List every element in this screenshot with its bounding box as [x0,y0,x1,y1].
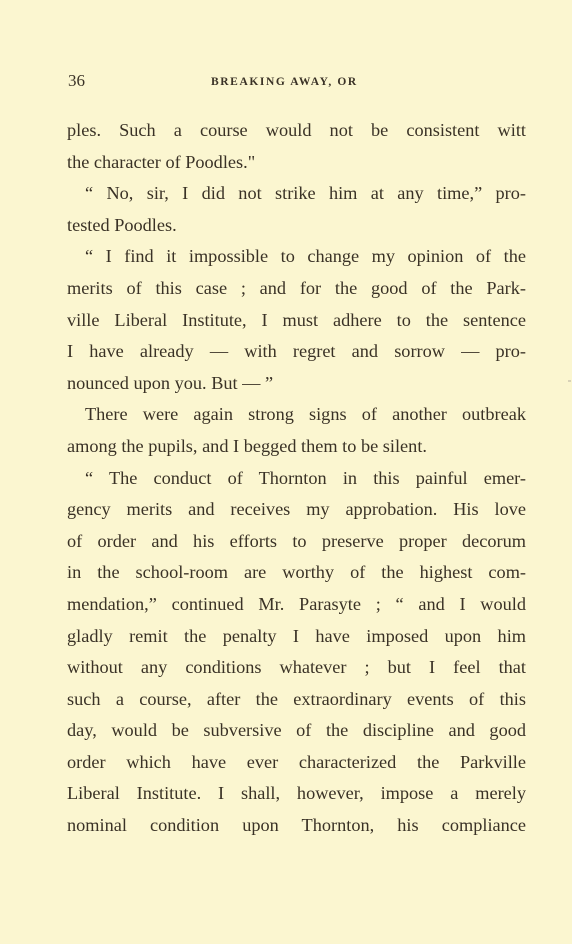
text-line: of order and his efforts to preserve pro… [67,526,526,558]
book-page: 36 BREAKING AWAY, OR ples. Such a course… [0,0,572,944]
text-line: nominal condition upon Thornton, his com… [67,810,526,842]
text-line: There were again strong signs of another… [67,399,526,431]
page-number: 36 [68,72,85,90]
running-title: BREAKING AWAY, OR [211,75,358,89]
running-head: 36 BREAKING AWAY, OR [68,72,526,92]
text-line: “ The conduct of Thornton in this painfu… [67,463,526,495]
text-line: ples. Such a course would not be consist… [67,115,526,147]
text-line: merits of this case ; and for the good o… [67,273,526,305]
text-line: the character of Poodles." [67,147,526,179]
text-line: day, would be subversive of the discipli… [67,715,526,747]
text-line: mendation,” continued Mr. Parasyte ; “ a… [67,589,526,621]
text-line: ville Liberal Institute, I must adhere t… [67,305,526,337]
text-line: gladly remit the penalty I have imposed … [67,621,526,653]
text-line: nounced upon you. But — ” [67,368,526,400]
text-line: among the pupils, and I begged them to b… [67,431,526,463]
text-line: Liberal Institute. I shall, however, imp… [67,778,526,810]
text-line: order which have ever characterized the … [67,747,526,779]
text-line: without any conditions whatever ; but I … [67,652,526,684]
text-line: “ No, sir, I did not strike him at any t… [67,178,526,210]
text-line: tested Poodles. [67,210,526,242]
body-text: ples. Such a course would not be consist… [67,115,526,842]
text-line: in the school-room are worthy of the hig… [67,557,526,589]
text-line: such a course, after the extraordinary e… [67,684,526,716]
text-line: I have already — with regret and sorrow … [67,336,526,368]
paper-speck [568,380,571,382]
text-line: gency merits and receives my approbation… [67,494,526,526]
text-line: “ I find it impossible to change my opin… [67,241,526,273]
